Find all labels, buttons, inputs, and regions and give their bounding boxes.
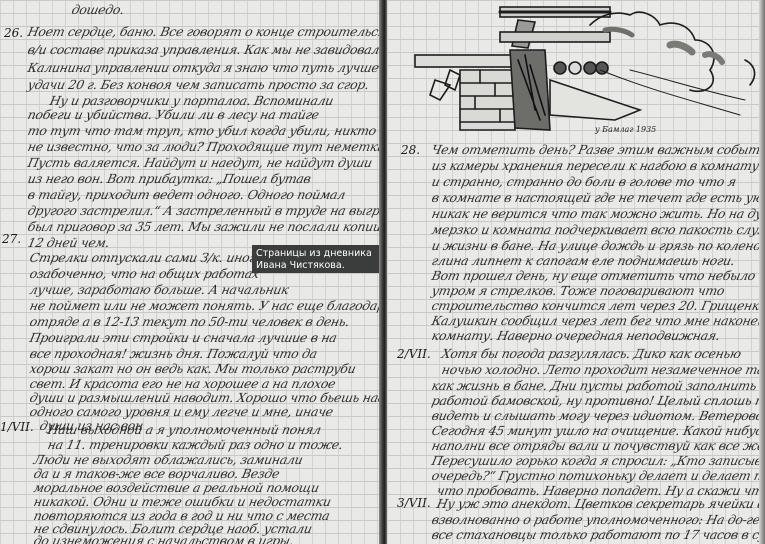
handwritten-line: как жизнь в бане. Дни пусты работой запо… — [430, 378, 765, 393]
sketch-signature: у Бамлаг 1935 — [594, 125, 656, 134]
handwritten-line: никакой. Одни и теже ошибки и недостатки — [32, 494, 332, 509]
handwritten-line: строительство кончится лет через 20. Гри… — [430, 298, 765, 313]
handwritten-line: Хотя бы погода разгулялась. Дико как осе… — [440, 346, 742, 361]
page-edge-shadow — [759, 0, 765, 544]
caption-line-2: Ивана Чистякова. — [256, 260, 379, 272]
entry-date: 27. — [2, 232, 21, 246]
handwritten-line: очередь?“ Грустно потихоньку делает и де… — [430, 468, 765, 483]
handwritten-line: в тайгу, приходит ведет одного. Одного п… — [26, 187, 346, 202]
handwritten-line: Пусть валяется. Найдут и наедут, не найд… — [26, 155, 373, 170]
handwritten-line: одного самого уровня и ему легче и мне, … — [28, 404, 334, 419]
handwritten-line: ночью холодно. Лето проходит незамеченно… — [440, 362, 765, 377]
handwritten-line: мерзко и комната подчеркивает всю пакост… — [430, 222, 765, 237]
handwritten-line: в комнате в настоящей где не течет где е… — [430, 190, 765, 205]
handwritten-line: Люди не выходят облажались, заминали — [32, 452, 304, 467]
handwritten-line: и странно, странно до боли в голове то ч… — [430, 174, 737, 189]
handwritten-line: работой бамовской, ну противно! Целый сп… — [430, 393, 765, 408]
diary-spread-photo: дошедо. 26. Ноет сердце, баню. Все говор… — [0, 0, 765, 544]
handwritten-line: в/и составе приказа управления. Как мы н… — [26, 42, 381, 57]
handwritten-line: Сегодня 45 минут ушло на очищение. Какой… — [430, 423, 765, 438]
handwritten-line: все стахановцы только работают по 17 час… — [430, 527, 765, 542]
handwritten-line: Наш выходной а я уполномоченный понял — [46, 422, 322, 437]
handwritten-line: 12 дней чем. — [26, 235, 111, 250]
handwritten-line: души и размышлений наводит. Хорошо что б… — [28, 390, 381, 405]
handwritten-line: лучше, заработаю больше. А начальник — [28, 282, 290, 297]
handwritten-line: свет. И красота его не на хорошее а на п… — [28, 376, 337, 391]
handwritten-line: отряде а в 12-13 текут по 50-ти человек … — [28, 314, 350, 329]
handwritten-line: наполни все отряды вали и почувствуй как… — [430, 438, 765, 453]
handwritten-line: все проходная! жизнь дня. Пожалуй что да — [28, 346, 318, 361]
entry-date: 3/VII. — [397, 496, 431, 510]
handwritten-line: Ноет сердце, баню. Все говорят о конце с… — [26, 24, 381, 39]
handwritten-line: на 11. тренировки каждый раз одно и тоже… — [46, 437, 344, 452]
handwritten-line: да и я таков-же все ворчаливо. Везде — [32, 466, 281, 481]
handwritten-line: из него вон. Вот прибаутка: „Пошел бутав — [26, 171, 312, 186]
handwritten-line: дошедо. — [70, 2, 125, 17]
handwritten-line: хорош закат но он ведь как. Мы только ра… — [28, 361, 357, 376]
handwritten-line: удачи 20 г. Без конвоя чем записать прос… — [26, 77, 370, 92]
handwritten-line: Калушкин сообщил через лет бег что мне н… — [430, 313, 765, 328]
entry-date: 1/VII. — [0, 420, 34, 434]
handwritten-line: Ну и разговорчики у порталоа. Вспоминали — [48, 93, 334, 108]
handwritten-line: до изнеможения с начальством в игры. — [32, 533, 295, 544]
entry-date: 28. — [401, 143, 420, 157]
pencil-sketch: у Бамлаг 1935 — [400, 0, 765, 140]
entry-date: 26. — [4, 26, 23, 40]
photo-caption: Страницы из дневника Ивана Чистякова. — [252, 245, 379, 273]
handwritten-line: не поймет или не может понять. У нас еще… — [28, 298, 381, 313]
handwritten-line: из камеры хранения пересели к нагбою в к… — [430, 158, 760, 173]
handwritten-line: глина липнет к сапогам еле поднимаешь но… — [430, 253, 736, 268]
handwritten-line: озабоченно, что на общих работах — [28, 266, 260, 281]
handwritten-line: Вот прошел день, ну еще отметить что неб… — [430, 268, 756, 283]
handwritten-line: видеть и слышать могу через идиотом. Вет… — [430, 408, 765, 423]
handwritten-line: Чем отметить день? Разве этим важным соб… — [430, 142, 765, 157]
handwritten-line: и жизни в бане. На улице дождь и грязь п… — [430, 238, 762, 253]
caption-line-1: Страницы из дневника — [256, 248, 379, 260]
handwritten-line: то тут что там труп, кто убил когда убил… — [26, 123, 377, 138]
handwritten-line: Калинина управлении откуда я знаю что пу… — [26, 60, 380, 75]
handwritten-line: утром я стрелков. Тоже поговаривают что — [430, 283, 726, 298]
handwritten-line: другого застрелил.“ А застреленный в тру… — [26, 203, 381, 218]
handwritten-line: побеги и убийства. Убили ли в лесу на та… — [26, 107, 320, 122]
handwritten-line: не известно, что за люди? Проходящие тут… — [26, 139, 381, 154]
handwritten-line: Ну уж это анекдот. Цветков секретарь яче… — [435, 496, 765, 511]
handwritten-line: Пересушило горько когда я спросил: „Кто … — [430, 453, 765, 468]
entry-date: 2/VII. — [397, 347, 431, 361]
handwritten-line: взволнованно о работе уполномоченного: Н… — [430, 512, 765, 527]
handwritten-line: был приговор за 35 лет. Мы зажили не пос… — [26, 219, 381, 234]
handwritten-line: никак не верится что так можно жить. Но … — [430, 206, 765, 221]
handwritten-line: моральное воздействие а реальной помощи — [32, 480, 320, 495]
handwritten-line: комнату. Наверно очередная неподвижная. — [430, 328, 721, 343]
handwritten-line: Проиграли эти стройки и сначала лучшие в… — [28, 330, 338, 345]
